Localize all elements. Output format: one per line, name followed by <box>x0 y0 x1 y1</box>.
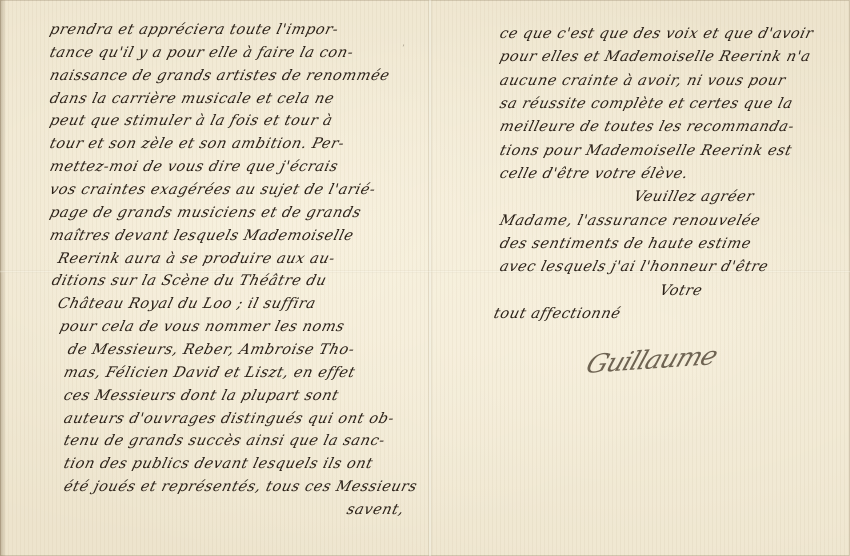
letter-line: tenu de grands succès ainsi que la sanc- <box>62 433 387 449</box>
letter-line: celle d'être votre élève. <box>498 166 690 182</box>
letter-line: tions pour Mademoiselle Reerink est <box>498 143 794 159</box>
letter-line: ces Messieurs dont la plupart sont <box>62 388 341 404</box>
letter-line: mas, Félicien David et Liszt, en effet <box>62 365 357 381</box>
letter-line-closing: Votre <box>658 283 704 299</box>
letter-line: auteurs d'ouvrages distingués qui ont ob… <box>62 411 396 427</box>
letter-line: des sentiments de haute estime <box>498 236 753 252</box>
letter-line: meilleure de toutes les recommanda- <box>498 119 796 135</box>
right-page: ce que c'est que des voix et que d'avoir… <box>432 0 850 556</box>
letter-line: peut que stimuler à la fois et tour à <box>48 113 334 129</box>
letter-line: pour elles et Mademoiselle Reerink n'a <box>498 49 813 65</box>
letter-sheet: ʼ prendra et appréciera toute l'impor- t… <box>0 0 850 556</box>
letter-line: pour cela de vous nommer les noms <box>58 319 346 335</box>
letter-line: été joués et représentés, tous ces Messi… <box>62 479 419 495</box>
letter-line: de Messieurs, Reber, Ambroise Tho- <box>66 342 356 358</box>
letter-line: prendra et appréciera toute l'impor- <box>48 22 340 38</box>
letter-line: sa réussite complète et certes que la <box>498 96 795 112</box>
letter-line: mettez-moi de vous dire que j'écrais <box>48 159 340 175</box>
letter-line: ce que c'est que des voix et que d'avoir <box>498 26 815 42</box>
letter-line: Madame, l'assurance renouvelée <box>498 213 762 229</box>
letter-line: maîtres devant lesquels Mademoiselle <box>48 228 355 244</box>
letter-line: page de grands musiciens et de grands <box>48 205 363 221</box>
left-page: ʼ prendra et appréciera toute l'impor- t… <box>0 0 428 556</box>
letter-line: dans la carrière musicale et cela ne <box>48 91 336 107</box>
letter-line-catchword: savent, <box>345 502 406 518</box>
letter-line-closing: Veuillez agréer <box>632 189 756 205</box>
letter-line: aucune crainte à avoir, ni vous pour <box>498 73 787 89</box>
letter-line: Château Royal du Loo ; il suffira <box>56 296 318 312</box>
letter-line: tour et son zèle et son ambition. Per- <box>48 136 346 152</box>
letter-line-closing: tout affectionné <box>492 306 622 322</box>
letter-line: vos craintes exagérées au sujet de l'ari… <box>48 182 377 198</box>
pencil-mark: ʼ <box>402 44 405 54</box>
letter-line: ditions sur la Scène du Théâtre du <box>50 273 328 289</box>
letter-line: tion des publics devant lesquels ils ont <box>62 456 375 472</box>
letter-line: tance qu'il y a pour elle à faire la con… <box>48 45 355 61</box>
letter-line: avec lesquels j'ai l'honneur d'être <box>498 259 770 275</box>
letter-line: naissance de grands artistes de renommée <box>48 68 391 84</box>
letter-line: Reerink aura à se produire aux au- <box>56 251 337 267</box>
signature: Guillaume <box>582 341 721 380</box>
